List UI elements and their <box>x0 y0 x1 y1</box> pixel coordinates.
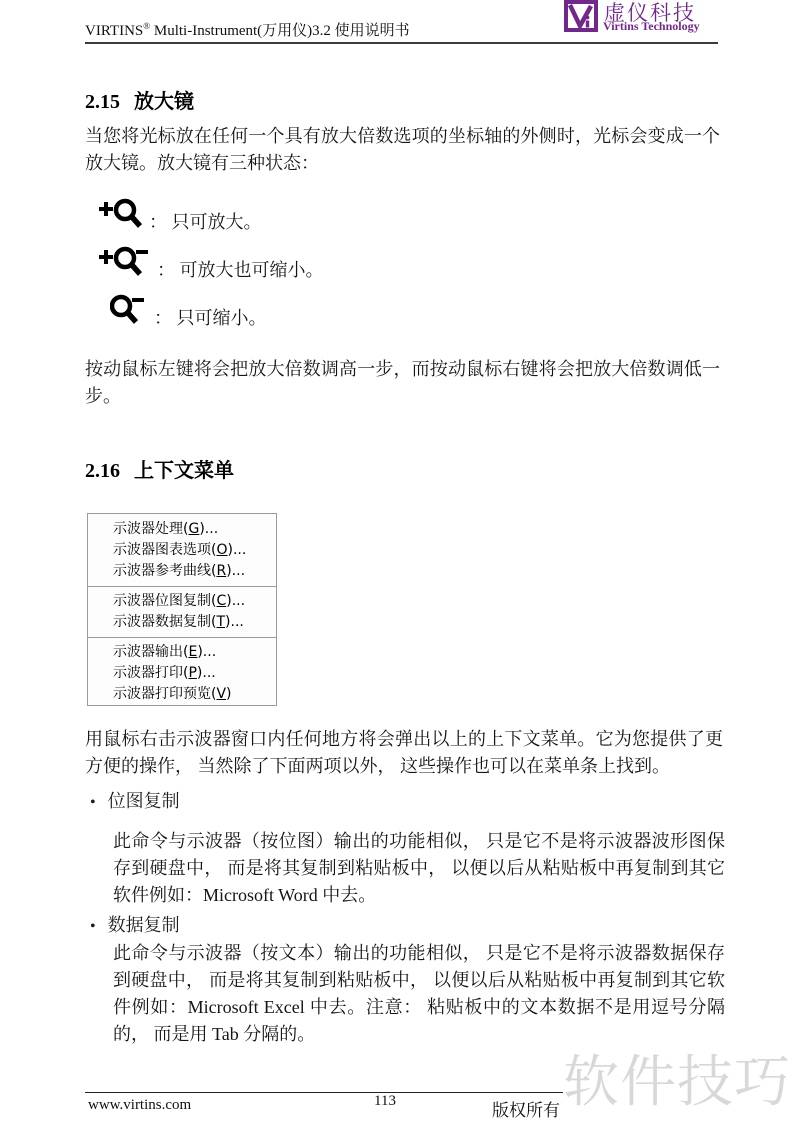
page-number: 113 <box>374 1093 396 1110</box>
menu-item-mnemonic: E <box>188 644 197 660</box>
menu-item-label: 示波器图表选项( <box>113 542 216 558</box>
bullet-item-copy-bitmap: •位图复制 <box>90 790 180 814</box>
section-title: 上下文菜单 <box>134 460 234 482</box>
paragraph-magnifier-intro: 当您将光标放在任何一个具有放大倍数选项的坐标轴的外侧时，光标会变成一个放大镜。放… <box>85 123 720 177</box>
bullet-item-copy-data: •数据复制 <box>90 914 180 938</box>
menu-item-label-suffix: )... <box>197 644 216 660</box>
footer-website-link[interactable]: www.virtins.com <box>88 1097 191 1114</box>
bullet-marker: • <box>90 918 96 935</box>
brand-name: VIRTINS <box>85 23 143 39</box>
menu-item-mnemonic: V <box>216 686 226 702</box>
menu-item-label: 示波器处理( <box>113 521 188 537</box>
bullet-marker: • <box>90 794 96 811</box>
menu-item-mnemonic: G <box>188 521 199 537</box>
menu-item-mnemonic: R <box>216 563 226 579</box>
magnifier-state-caption: ： 只可放大。 <box>149 212 262 234</box>
menu-item-label: 示波器打印预览( <box>113 686 216 702</box>
context-menu-item-chart-options: 示波器图表选项(O)... <box>113 540 276 561</box>
section-heading-2-15: 2.15放大镜 <box>85 85 194 114</box>
section-heading-2-16: 2.16上下文菜单 <box>85 454 234 483</box>
zoom-in-only-cursor-icon <box>97 196 143 234</box>
virtins-logo: 虚仪科技 Virtins Technology <box>564 0 716 36</box>
paragraph-context-menu-description: 用鼠标右击示波器窗口内任何地方将会弹出以上的上下文菜单。它为您提供了更方便的操作… <box>85 726 723 780</box>
context-menu-screenshot: 示波器处理(G)... 示波器图表选项(O)... 示波器参考曲线(R)... … <box>87 513 277 706</box>
magnifier-state-caption: ： 只可缩小。 <box>154 308 267 330</box>
menu-item-mnemonic: C <box>216 593 226 609</box>
magnifier-state-row: ： 只可缩小。 <box>110 292 324 330</box>
context-menu-item-oscilloscope-processing: 示波器处理(G)... <box>113 519 276 540</box>
context-menu-item-print: 示波器打印(P)... <box>113 663 276 684</box>
manual-page: VIRTINS® Multi-Instrument(万用仪)3.2 使用说明书 … <box>0 0 800 1132</box>
menu-item-mnemonic: P <box>188 665 196 681</box>
menu-item-label-suffix: )... <box>197 665 216 681</box>
copyright-text: 版权所有 <box>492 1096 560 1121</box>
zoom-out-only-cursor-icon <box>110 292 148 330</box>
section-title: 放大镜 <box>134 91 194 113</box>
zoom-in-out-cursor-icon <box>97 244 151 282</box>
menu-item-label: 示波器数据复制( <box>113 614 216 630</box>
menu-item-label: 示波器输出( <box>113 644 188 660</box>
magnifier-states-list: ： 只可放大。 ： 可放大也可缩小。 ： 只可缩小。 <box>97 196 324 340</box>
context-menu-item-print-preview: 示波器打印预览(V) <box>113 684 276 705</box>
header-divider <box>85 42 718 44</box>
menu-item-mnemonic: O <box>216 542 227 558</box>
bullet-title: 位图复制 <box>108 791 180 811</box>
bullet-body-copy-data: 此命令与示波器（按文本）输出的功能相似， 只是它不是将示波器数据保存到硬盘中， … <box>113 940 725 1048</box>
menu-item-label: 示波器参考曲线( <box>113 563 216 579</box>
paragraph-mouse-note: 按动鼠标左键将会把放大倍数调高一步，而按动鼠标右键将会把放大倍数调低一步。 <box>85 356 720 410</box>
context-menu-item-copy-data: 示波器数据复制(T)... <box>113 612 276 633</box>
menu-item-mnemonic: T <box>216 614 225 630</box>
magnifier-state-caption: ： 可放大也可缩小。 <box>157 260 324 282</box>
menu-item-label: 示波器位图复制( <box>113 593 216 609</box>
bullet-title: 数据复制 <box>108 915 180 935</box>
menu-item-label-suffix: )... <box>226 593 245 609</box>
context-menu-item-copy-bitmap: 示波器位图复制(C)... <box>113 591 276 612</box>
document-title: VIRTINS® Multi-Instrument(万用仪)3.2 使用说明书 <box>85 19 410 40</box>
logo-brand-en: Virtins Technology <box>603 19 700 34</box>
magnifier-state-row: ： 只可放大。 <box>97 196 324 234</box>
menu-item-label-suffix: )... <box>226 563 245 579</box>
bullet-body-copy-bitmap: 此命令与示波器（按位图）输出的功能相似， 只是它不是将示波器波形图保存到硬盘中，… <box>113 828 725 909</box>
menu-item-label-suffix: )... <box>199 521 218 537</box>
menu-item-label-suffix: )... <box>225 614 244 630</box>
footer-divider <box>85 1092 563 1093</box>
menu-separator <box>88 637 276 638</box>
menu-separator <box>88 586 276 587</box>
context-menu-item-reference-curves: 示波器参考曲线(R)... <box>113 561 276 582</box>
document-title-rest: Multi-Instrument(万用仪)3.2 使用说明书 <box>150 23 410 39</box>
virtins-logo-icon <box>564 0 598 32</box>
menu-item-label: 示波器打印( <box>113 665 188 681</box>
section-number: 2.15 <box>85 91 120 113</box>
section-number: 2.16 <box>85 460 120 482</box>
menu-item-label-suffix: ) <box>226 686 231 702</box>
context-menu-item-export: 示波器输出(E)... <box>113 642 276 663</box>
watermark-text: 软件技巧 <box>563 1038 791 1118</box>
menu-item-label-suffix: )... <box>228 542 247 558</box>
magnifier-state-row: ： 可放大也可缩小。 <box>97 244 324 282</box>
